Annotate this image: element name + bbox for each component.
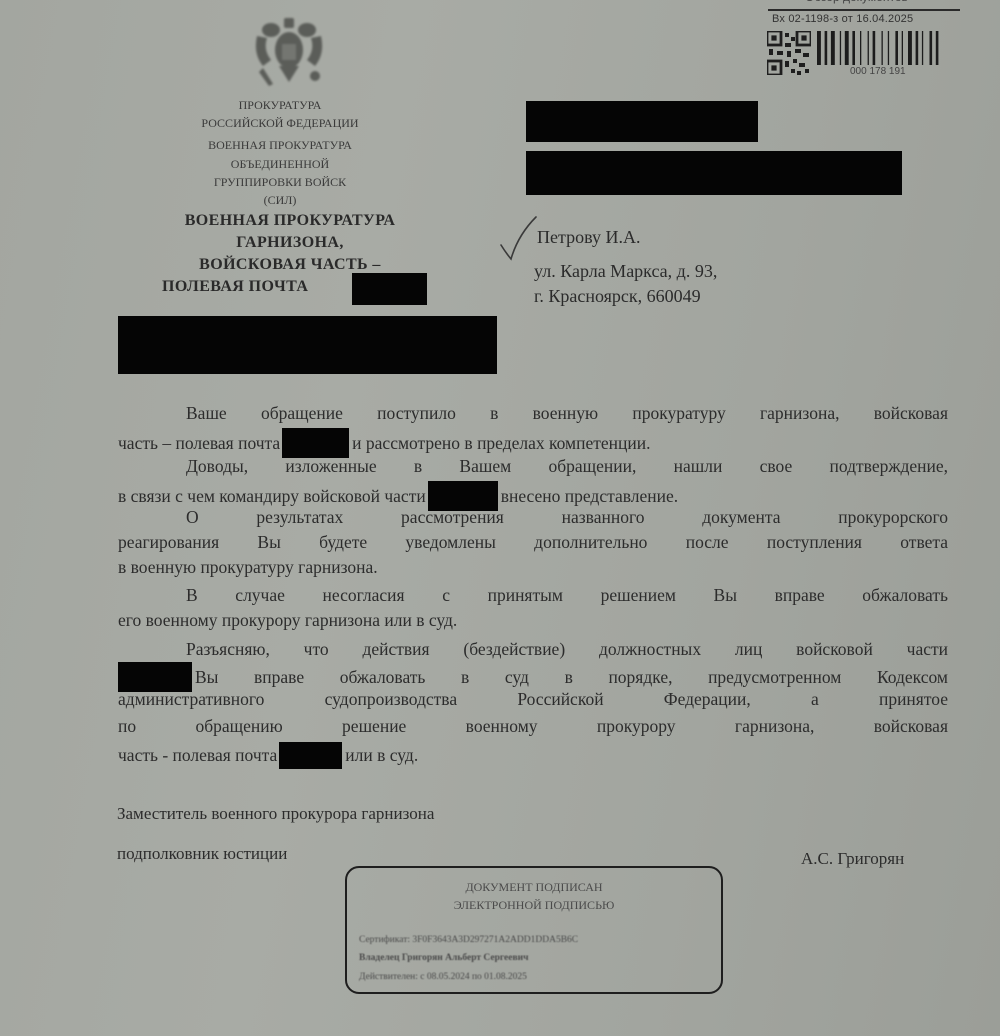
electronic-signature-stamp: ДОКУМЕНТ ПОДПИСАН ЭЛЕКТРОННОЙ ПОДПИСЬЮ С… — [345, 866, 723, 994]
letterhead-line-5: ГРУППИРОВКИ ВОЙСК — [150, 174, 410, 190]
stamp-owner: Владелец Григорян Альберт Сергеевич — [359, 953, 528, 963]
body-line: О результатах рассмотрения названного до… — [186, 507, 948, 528]
stamp-certificate: Сертификат: 3F0F3643A3D297271A2ADD1DDA5B… — [359, 935, 578, 945]
body-text-segment: часть - полевая почта — [118, 745, 277, 766]
qr-code-icon — [767, 31, 811, 75]
body-text-segment: и рассмотрено в пределах компетенции. — [352, 433, 650, 454]
letterhead-bold-1: ВОЕННАЯ ПРОКУРАТУРА — [130, 210, 450, 232]
letter-page: Обзор документов Вх 02-1198-з от 16.04.2… — [0, 0, 1000, 1036]
stamp-heading-1: ДОКУМЕНТ ПОДПИСАН — [347, 880, 721, 895]
body-line: В случае несогласия с принятым решением … — [186, 585, 948, 606]
letterhead-line-1: ПРОКУРАТУРА — [150, 97, 410, 113]
body-text-segment: Вы вправе обжаловать в суд в порядке, пр… — [195, 667, 948, 688]
barcode-icon — [817, 31, 947, 65]
body-line: в военную прокуратуру гарнизона. — [118, 557, 948, 578]
body-line: административного судопроизводства Росси… — [118, 689, 948, 710]
body-text-segment: внесено представление. — [501, 486, 678, 507]
redaction-recipient-2 — [526, 151, 902, 195]
body-line: Разъясняю, что действия (бездействие) до… — [186, 639, 948, 660]
redaction-box — [118, 662, 192, 692]
letterhead-line-2: РОССИЙСКОЙ ФЕДЕРАЦИИ — [150, 115, 410, 131]
body-line: реагирования Вы будете уведомлены дополн… — [118, 532, 948, 553]
recipient-address-line-1: ул. Карла Маркса, д. 93, — [534, 262, 717, 280]
stamp-heading-2: ЭЛЕКТРОННОЙ ПОДПИСЬЮ — [347, 898, 721, 913]
recipient-address-line-2: г. Красноярск, 660049 — [534, 287, 701, 305]
registration-number: Вх 02-1198-з от 16.04.2025 — [772, 13, 913, 25]
recipient-name: Петрову И.А. — [537, 227, 640, 248]
body-line: по обращению решение военному прокурору … — [118, 716, 948, 737]
letterhead-line-4: ОБЪЕДИНЕННОЙ — [150, 156, 410, 172]
redaction-box — [282, 428, 349, 458]
handwritten-checkmark-icon — [498, 215, 538, 265]
coat-of-arms-icon — [249, 14, 329, 88]
letterhead-line-6: (СИЛ) — [150, 192, 410, 208]
stamp-validity: Действителен: с 08.05.2024 по 01.08.2025 — [359, 972, 527, 982]
body-line: часть – полевая почтаи рассмотрено в пре… — [118, 428, 948, 458]
sticker-top-text: Обзор документов — [805, 0, 908, 4]
body-text-segment: или в суд. — [345, 745, 418, 766]
body-line: Доводы, изложенные в Вашем обращении, на… — [186, 456, 948, 477]
redaction-field-post — [352, 273, 427, 305]
body-line: часть - полевая почтаили в суд. — [118, 742, 948, 769]
letterhead-line-3: ВОЕННАЯ ПРОКУРАТУРА — [150, 137, 410, 153]
body-text-segment: часть – полевая почта — [118, 433, 280, 454]
body-line: его военному прокурору гарнизона или в с… — [118, 610, 948, 631]
body-text-segment: в связи с чем командиру войсковой части — [118, 486, 426, 507]
sticker-divider — [768, 9, 960, 11]
signer-rank: подполковник юстиции — [117, 844, 287, 864]
redaction-box — [279, 742, 342, 769]
letterhead-bold-2: ГАРНИЗОНА, — [130, 232, 450, 254]
redaction-recipient-1 — [526, 101, 758, 142]
redaction-date-number — [118, 316, 497, 374]
signer-name: А.С. Григорян — [801, 849, 904, 869]
body-line: Вы вправе обжаловать в суд в порядке, пр… — [118, 662, 948, 692]
letterhead-bold-4: ПОЛЕВАЯ ПОЧТА — [162, 276, 308, 298]
body-line: Ваше обращение поступило в военную проку… — [186, 403, 948, 424]
barcode-number: 000 178 191 — [850, 66, 906, 77]
signer-title: Заместитель военного прокурора гарнизона — [117, 804, 434, 824]
